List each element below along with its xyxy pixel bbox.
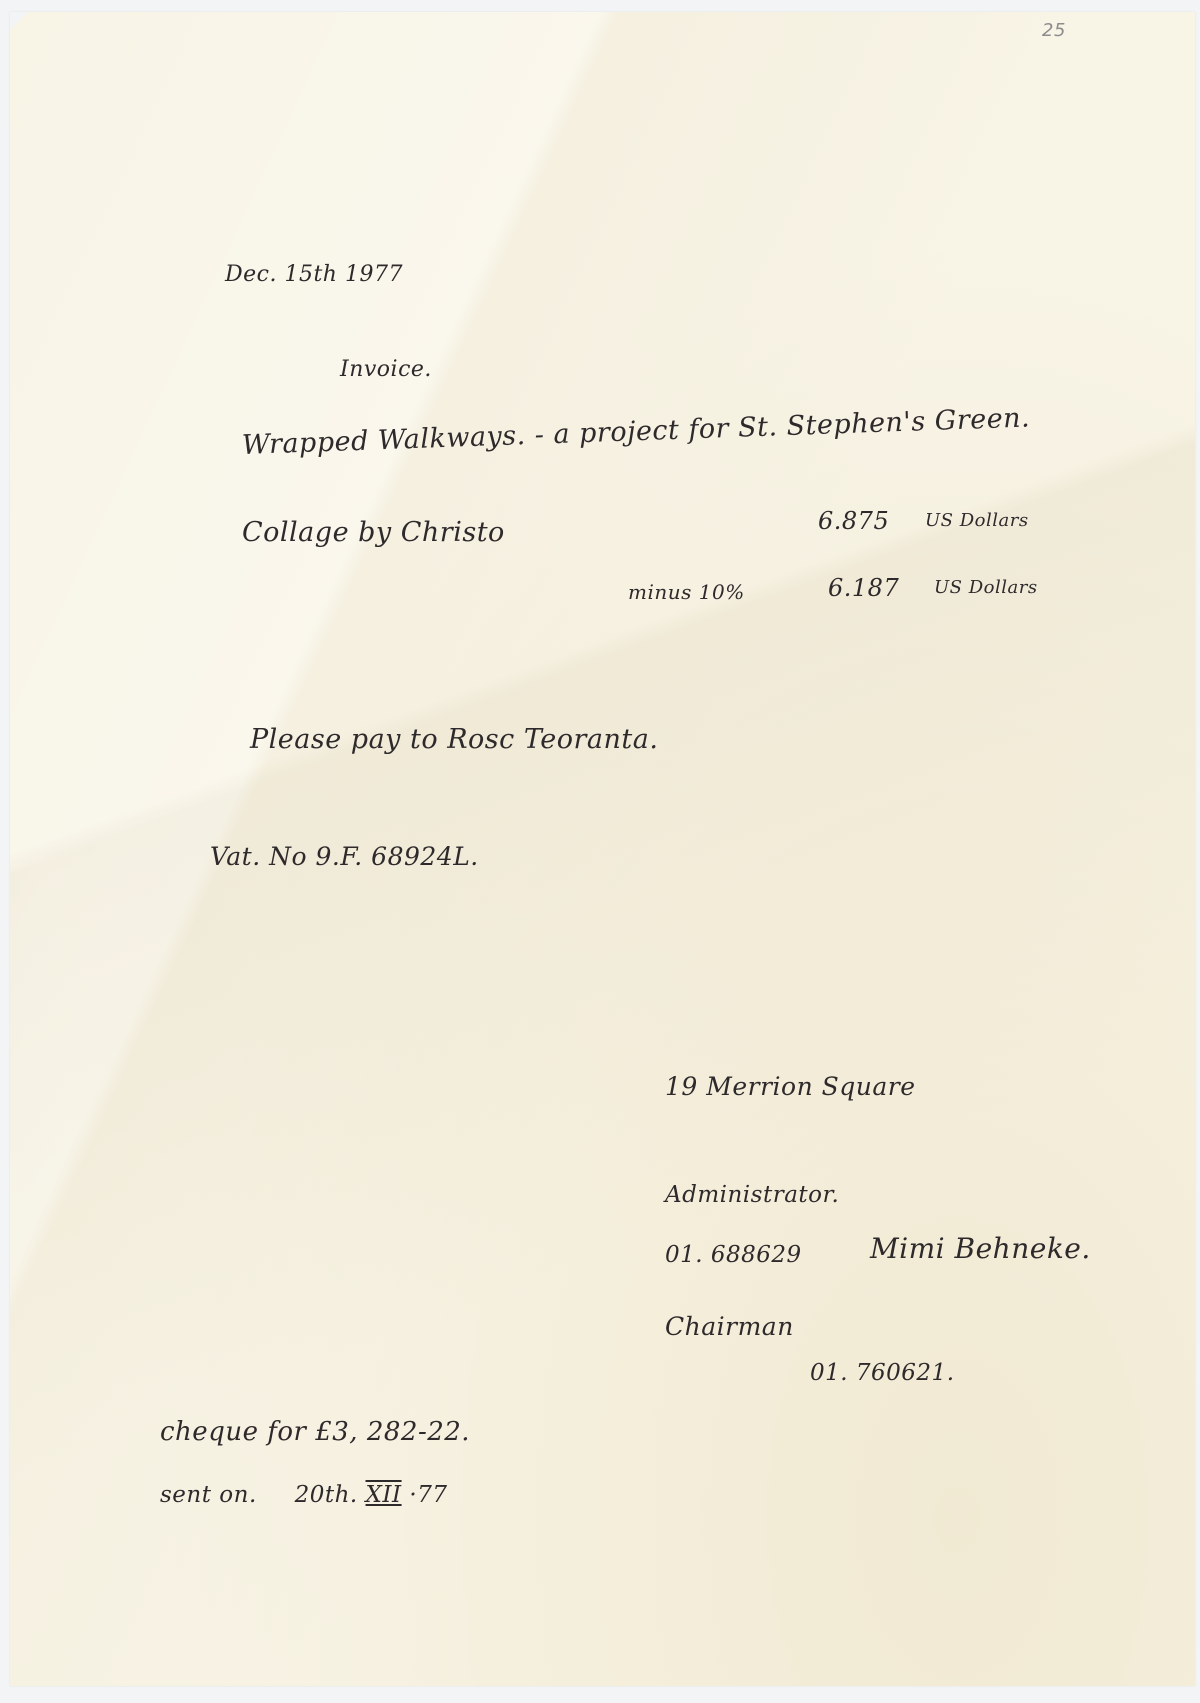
vat-number: Vat. No 9.F. 68924L. xyxy=(210,842,479,871)
line-item-amount: 6.875 xyxy=(818,507,889,535)
invoice-title: Invoice. xyxy=(340,357,432,382)
discount-label: minus 10% xyxy=(628,580,745,604)
handwritten-invoice-page: 25 Dec. 15th 1977 Invoice. Wrapped Walkw… xyxy=(10,12,1195,1686)
sent-on-month: XII xyxy=(366,1482,402,1508)
line-item-currency: US Dollars xyxy=(925,510,1029,531)
line-item-description: Collage by Christo xyxy=(242,517,505,548)
contact-role-administrator: Administrator. xyxy=(665,1182,839,1208)
discounted-currency: US Dollars xyxy=(934,577,1038,598)
page-number: 25 xyxy=(1042,20,1066,41)
address: 19 Merrion Square xyxy=(665,1072,916,1101)
sent-on-day: 20th. xyxy=(295,1482,358,1508)
sent-on-note: sent on. 20th. XII ·77 xyxy=(160,1482,447,1508)
sent-on-year: ·77 xyxy=(409,1482,447,1508)
contact-name-administrator: Mimi Behneke. xyxy=(870,1232,1091,1265)
contact-role-chairman: Chairman xyxy=(665,1312,794,1341)
payment-instruction: Please pay to Rosc Teoranta. xyxy=(250,724,658,755)
contact-phone-chairman: 01. 760621. xyxy=(810,1360,955,1386)
sent-on-label: sent on. xyxy=(160,1482,257,1508)
invoice-date: Dec. 15th 1977 xyxy=(225,262,403,287)
contact-phone-administrator: 01. 688629 xyxy=(665,1242,802,1268)
discounted-amount: 6.187 xyxy=(828,574,899,602)
invoice-subject: Wrapped Walkways. - a project for St. St… xyxy=(241,402,1030,461)
cheque-note: cheque for £3, 282-22. xyxy=(160,1417,470,1447)
